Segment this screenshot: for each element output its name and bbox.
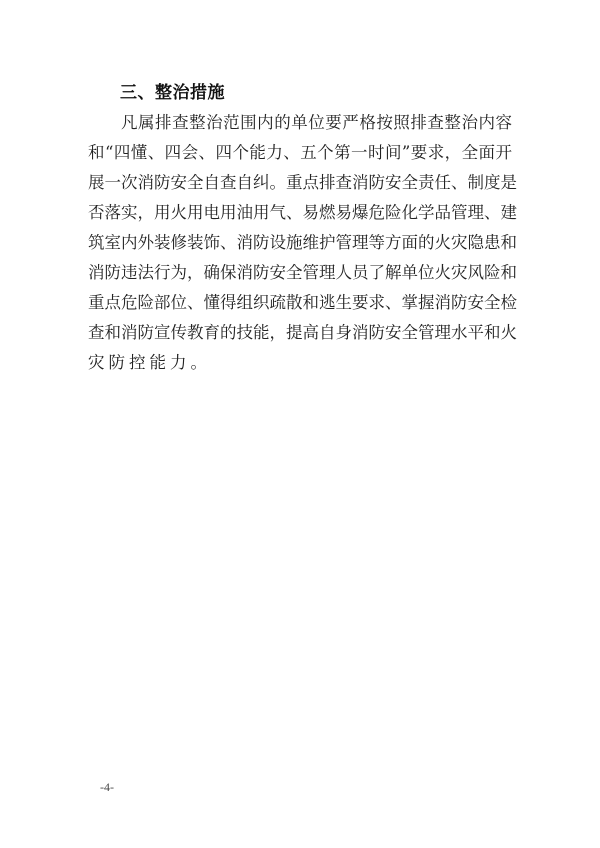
paragraph-line: 凡属排查整治范围内的单位要严格按照排查整治内容: [88, 108, 512, 138]
section-heading: 三、整治措施: [120, 80, 225, 106]
paragraph-line: 否落实，用火用电用油用气、易燃易爆危险化学品管理、建: [88, 198, 512, 228]
body-paragraph: 凡属排查整治范围内的单位要严格按照排查整治内容 和“四懂、四会、四个能力、五个第…: [88, 108, 512, 378]
paragraph-line: 展一次消防安全自查自纠。重点排查消防安全责任、制度是: [88, 168, 512, 198]
paragraph-line: 查和消防宣传教育的技能，提高自身消防安全管理水平和火: [88, 318, 512, 348]
paragraph-line: 灾防控能力。: [88, 348, 512, 378]
paragraph-line: 筑室内外装修装饰、消防设施维护管理等方面的火灾隐患和: [88, 228, 512, 258]
document-page: 三、整治措施 凡属排查整治范围内的单位要严格按照排查整治内容 和“四懂、四会、四…: [0, 0, 600, 848]
paragraph-line: 重点危险部位、懂得组织疏散和逃生要求、掌握消防安全检: [88, 288, 512, 318]
page-number: -4-: [100, 780, 114, 795]
paragraph-line: 消防违法行为，确保消防安全管理人员了解单位火灾风险和: [88, 258, 512, 288]
paragraph-line: 和“四懂、四会、四个能力、五个第一时间”要求，全面开: [88, 138, 512, 168]
